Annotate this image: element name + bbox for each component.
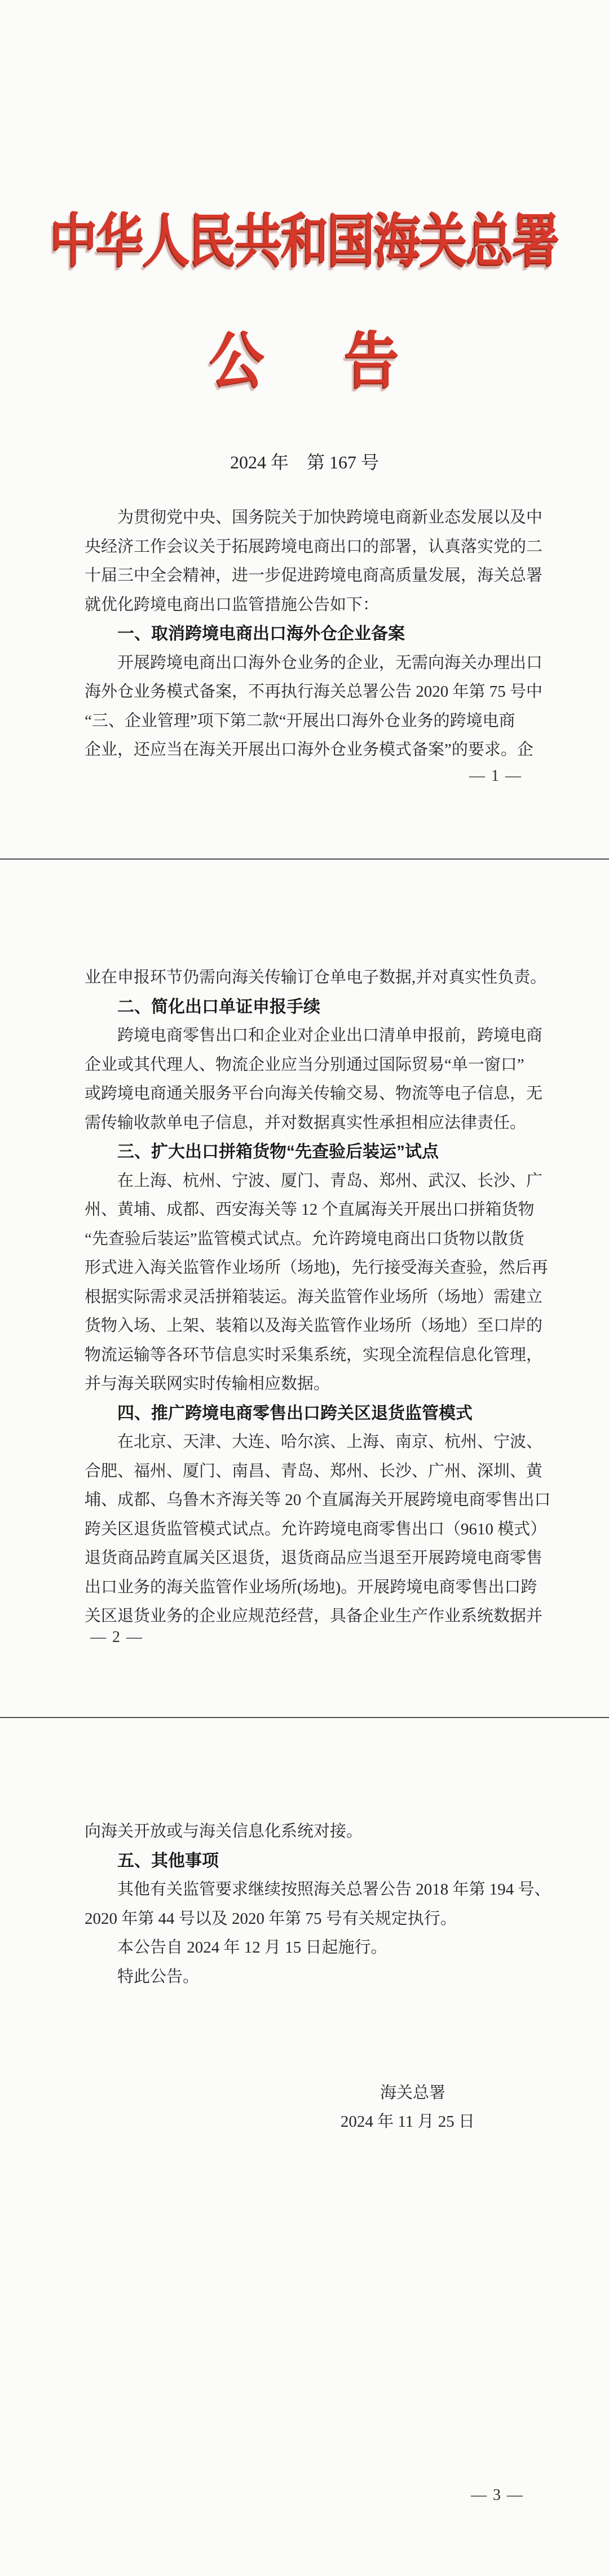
- notice-title-char-1: 公: [210, 311, 264, 400]
- text-line: 本公告自 2024 年 12 月 15 日起施行。: [85, 1933, 547, 1963]
- text-line: 出口业务的海关监管作业场所(场地)。开展跨境电商零售出口跨: [85, 1573, 547, 1603]
- text-line: 海关总署: [85, 2079, 547, 2108]
- text-line: “先查验后装运”监管模式试点。允许跨境电商出口货物以散货: [85, 1225, 547, 1254]
- text-line: 货物入场、上架、装箱以及海关监管作业场所（场地）至口岸的: [85, 1312, 547, 1341]
- section-heading: 三、扩大出口拼箱货物“先查验后装运”试点: [85, 1137, 547, 1167]
- issue-number: 2024 年 第 167 号: [0, 448, 609, 474]
- text-line: 退货商品跨直属关区退货，退货商品应当退至开展跨境电商零售: [85, 1544, 547, 1573]
- document-scan: 中华人民共和国海关总署 公 告 2024 年 第 167 号 为贯彻党中央、国务…: [0, 0, 609, 2576]
- text-line: 跨关区退货监管模式试点。允许跨境电商零售出口（9610 模式）: [85, 1515, 547, 1544]
- text-line: 特此公告。: [85, 1963, 547, 1992]
- text-line: [85, 2050, 547, 2079]
- text-line: 就优化跨境电商出口监管措施公告如下：: [85, 591, 547, 620]
- text-line: 在北京、天津、大连、哈尔滨、上海、南京、杭州、宁波、: [85, 1428, 547, 1457]
- text-line: 并与海关联网实时传输相应数据。: [85, 1370, 547, 1399]
- text-line: 合肥、福州、厦门、南昌、青岛、郑州、长沙、广州、深圳、黄: [85, 1457, 547, 1486]
- page-1: 中华人民共和国海关总署 公 告 2024 年 第 167 号 为贯彻党中央、国务…: [0, 0, 609, 858]
- section-heading: 一、取消跨境电商出口海外仓企业备案: [85, 619, 547, 649]
- text-line: 在上海、杭州、宁波、厦门、青岛、郑州、武汉、长沙、广: [85, 1167, 547, 1196]
- text-line: 2020 年第 44 号以及 2020 年第 75 号有关规定执行。: [85, 1905, 547, 1934]
- text-line: 向海关开放或与海关信息化系统对接。: [85, 1817, 547, 1847]
- page-3: 向海关开放或与海关信息化系统对接。五、其他事项其他有关监管要求继续按照海关总署公…: [0, 1717, 609, 2576]
- text-line: 为贯彻党中央、国务院关于加快跨境电商新业态发展以及中: [85, 503, 547, 533]
- page-3-body: 向海关开放或与海关信息化系统对接。五、其他事项其他有关监管要求继续按照海关总署公…: [85, 1817, 547, 2137]
- page-2-body: 业在申报环节仍需向海关传输订仓单电子数据,并对真实性负责。二、简化出口单证申报手…: [85, 963, 547, 1631]
- page-number-3: — 3 —: [471, 2486, 524, 2504]
- text-line: 央经济工作会议关于拓展跨境电商出口的部署，认真落实党的二: [85, 533, 547, 562]
- text-line: “三、企业管理”项下第二款“开展出口海外仓业务的跨境电商: [85, 707, 547, 736]
- text-line: 十届三中全会精神，进一步促进跨境电商高质量发展，海关总署: [85, 561, 547, 591]
- notice-title: 公 告: [0, 311, 609, 400]
- text-line: 物流运输等各环节信息实时采集系统，实现全流程信息化管理，: [85, 1341, 547, 1370]
- page-1-body: 为贯彻党中央、国务院关于加快跨境电商新业态发展以及中央经济工作会议关于拓展跨境电…: [85, 503, 547, 765]
- text-line: 州、黄埔、成都、西安海关等 12 个直属海关开展出口拼箱货物: [85, 1196, 547, 1225]
- text-line: 跨境电商零售出口和企业对企业出口清单申报前，跨境电商: [85, 1021, 547, 1051]
- text-line: 2024 年 11 月 25 日: [85, 2108, 547, 2137]
- text-line: [85, 2021, 547, 2050]
- text-line: 企业或其代理人、物流企业应当分别通过国际贸易“单一窗口”: [85, 1051, 547, 1080]
- notice-title-char-2: 告: [345, 311, 399, 400]
- page-2: 业在申报环节仍需向海关传输订仓单电子数据,并对真实性负责。二、简化出口单证申报手…: [0, 858, 609, 1717]
- agency-title: 中华人民共和国海关总署: [0, 194, 609, 278]
- text-line: 埔、成都、乌鲁木齐海关等 20 个直属海关开展跨境电商零售出口: [85, 1486, 547, 1515]
- text-line: [85, 1991, 547, 2021]
- text-line: 需传输收款单电子信息，并对数据真实性承担相应法律责任。: [85, 1109, 547, 1138]
- page-number-1: — 1 —: [469, 767, 522, 785]
- text-line: 形式进入海关监管作业场所（场地)，先行接受海关查验，然后再: [85, 1254, 547, 1283]
- section-heading: 二、简化出口单证申报手续: [85, 993, 547, 1022]
- text-line: 企业，还应当在海关开展出口海外仓业务模式备案”的要求。企: [85, 736, 547, 765]
- section-heading: 五、其他事项: [85, 1847, 547, 1876]
- text-line: 关区退货业务的企业应规范经营，具备企业生产作业系统数据并: [85, 1602, 547, 1631]
- text-line: 业在申报环节仍需向海关传输订仓单电子数据,并对真实性负责。: [85, 963, 547, 993]
- text-line: 海外仓业务模式备案，不再执行海关总署公告 2020 年第 75 号中: [85, 678, 547, 707]
- page-number-2: — 2 —: [90, 1628, 143, 1646]
- text-line: 或跨境电商通关服务平台向海关传输交易、物流等电子信息，无: [85, 1079, 547, 1109]
- text-line: 根据实际需求灵活拼箱装运。海关监管作业场所（场地）需建立: [85, 1283, 547, 1312]
- text-line: 开展跨境电商出口海外仓业务的企业，无需向海关办理出口: [85, 649, 547, 678]
- section-heading: 四、推广跨境电商零售出口跨关区退货监管模式: [85, 1399, 547, 1428]
- text-line: 其他有关监管要求继续按照海关总署公告 2018 年第 194 号、: [85, 1875, 547, 1905]
